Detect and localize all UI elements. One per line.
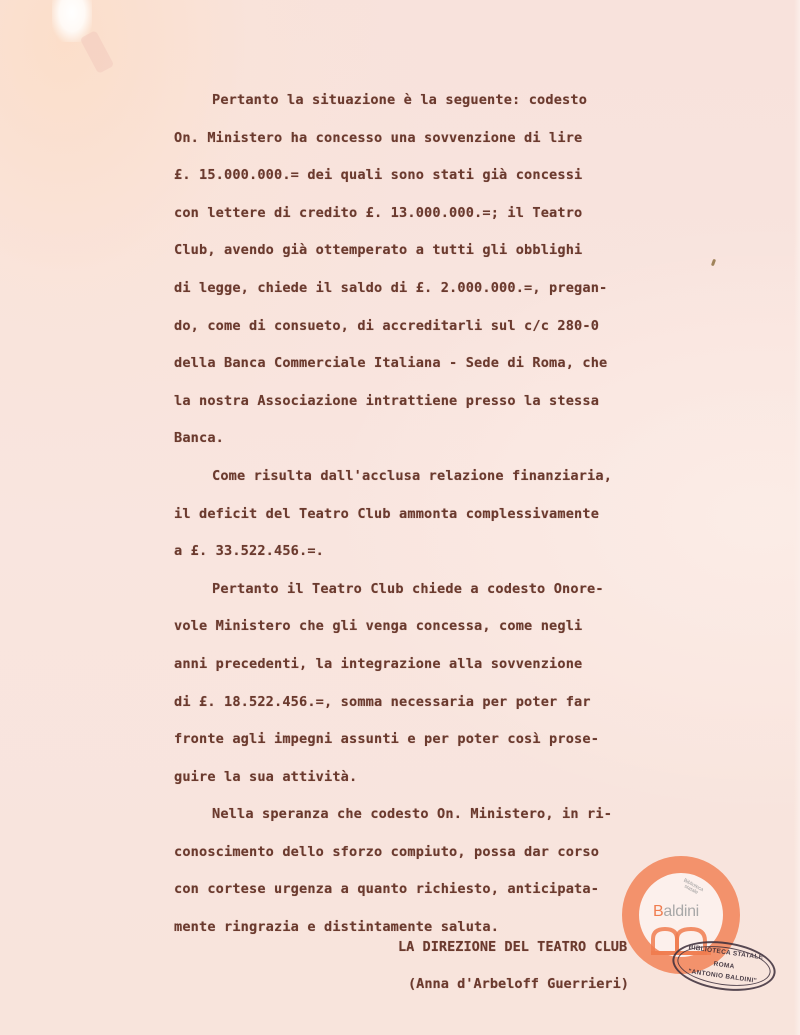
- paragraph-deficit: Come risulta dall'acclusa relazione fina…: [174, 458, 714, 571]
- text-line: di £. 18.522.456.=, somma necessaria per…: [174, 684, 714, 722]
- text-line: guire la sua attività.: [174, 759, 714, 797]
- text-line: anni precedenti, la integrazione alla so…: [174, 646, 714, 684]
- text-line: con lettere di credito £. 13.000.000.=; …: [174, 195, 714, 233]
- logo-small-text: Biblioteca statale: [676, 877, 707, 900]
- signature-name: (Anna d'Arbeloff Guerrieri): [398, 966, 629, 1003]
- text-line: On. Ministero ha concesso una sovvenzion…: [174, 120, 714, 158]
- text-line: Banca.: [174, 420, 714, 458]
- letter-body: Pertanto la situazione è la seguente: co…: [174, 82, 714, 947]
- signature-block: LA DIREZIONE DEL TEATRO CLUB (Anna d'Arb…: [398, 929, 629, 1003]
- text-line: Club, avendo già ottemperato a tutti gli…: [174, 232, 714, 270]
- text-line: di legge, chiede il saldo di £. 2.000.00…: [174, 270, 714, 308]
- paper-page: Pertanto la situazione è la seguente: co…: [0, 0, 800, 1035]
- fold-mark: [80, 30, 115, 74]
- paragraph-request: Pertanto il Teatro Club chiede a codesto…: [174, 571, 714, 797]
- text-line: Come risulta dall'acclusa relazione fina…: [174, 458, 714, 496]
- text-line: Pertanto il Teatro Club chiede a codesto…: [174, 571, 714, 609]
- text-line: conoscimento dello sforzo compiuto, poss…: [174, 834, 714, 872]
- logo-word-rest: aldini: [663, 903, 699, 920]
- text-line: della Banca Commerciale Italiana - Sede …: [174, 345, 714, 383]
- text-line: vole Ministero che gli venga concessa, c…: [174, 608, 714, 646]
- text-line: la nostra Associazione intrattiene press…: [174, 383, 714, 421]
- text-line: do, come di consueto, di accreditarli su…: [174, 308, 714, 346]
- text-line: a £. 33.522.456.=.: [174, 533, 714, 571]
- signature-org: LA DIREZIONE DEL TEATRO CLUB: [398, 929, 629, 966]
- logo-wordmark: Baldini: [653, 903, 699, 921]
- text-line: fronte agli impegni assunti e per poter …: [174, 721, 714, 759]
- text-line: £. 15.000.000.= dei quali sono stati già…: [174, 157, 714, 195]
- text-line: Pertanto la situazione è la seguente: co…: [174, 82, 714, 120]
- page-edge: [794, 0, 800, 1035]
- logo-initial: B: [653, 903, 663, 920]
- text-line: il deficit del Teatro Club ammonta compl…: [174, 496, 714, 534]
- paragraph-situation: Pertanto la situazione è la seguente: co…: [174, 82, 714, 458]
- library-stamp: BIBLIOTECA STATALE ROMA "ANTONIO BALDINI…: [669, 935, 779, 997]
- text-line: Nella speranza che codesto On. Ministero…: [174, 796, 714, 834]
